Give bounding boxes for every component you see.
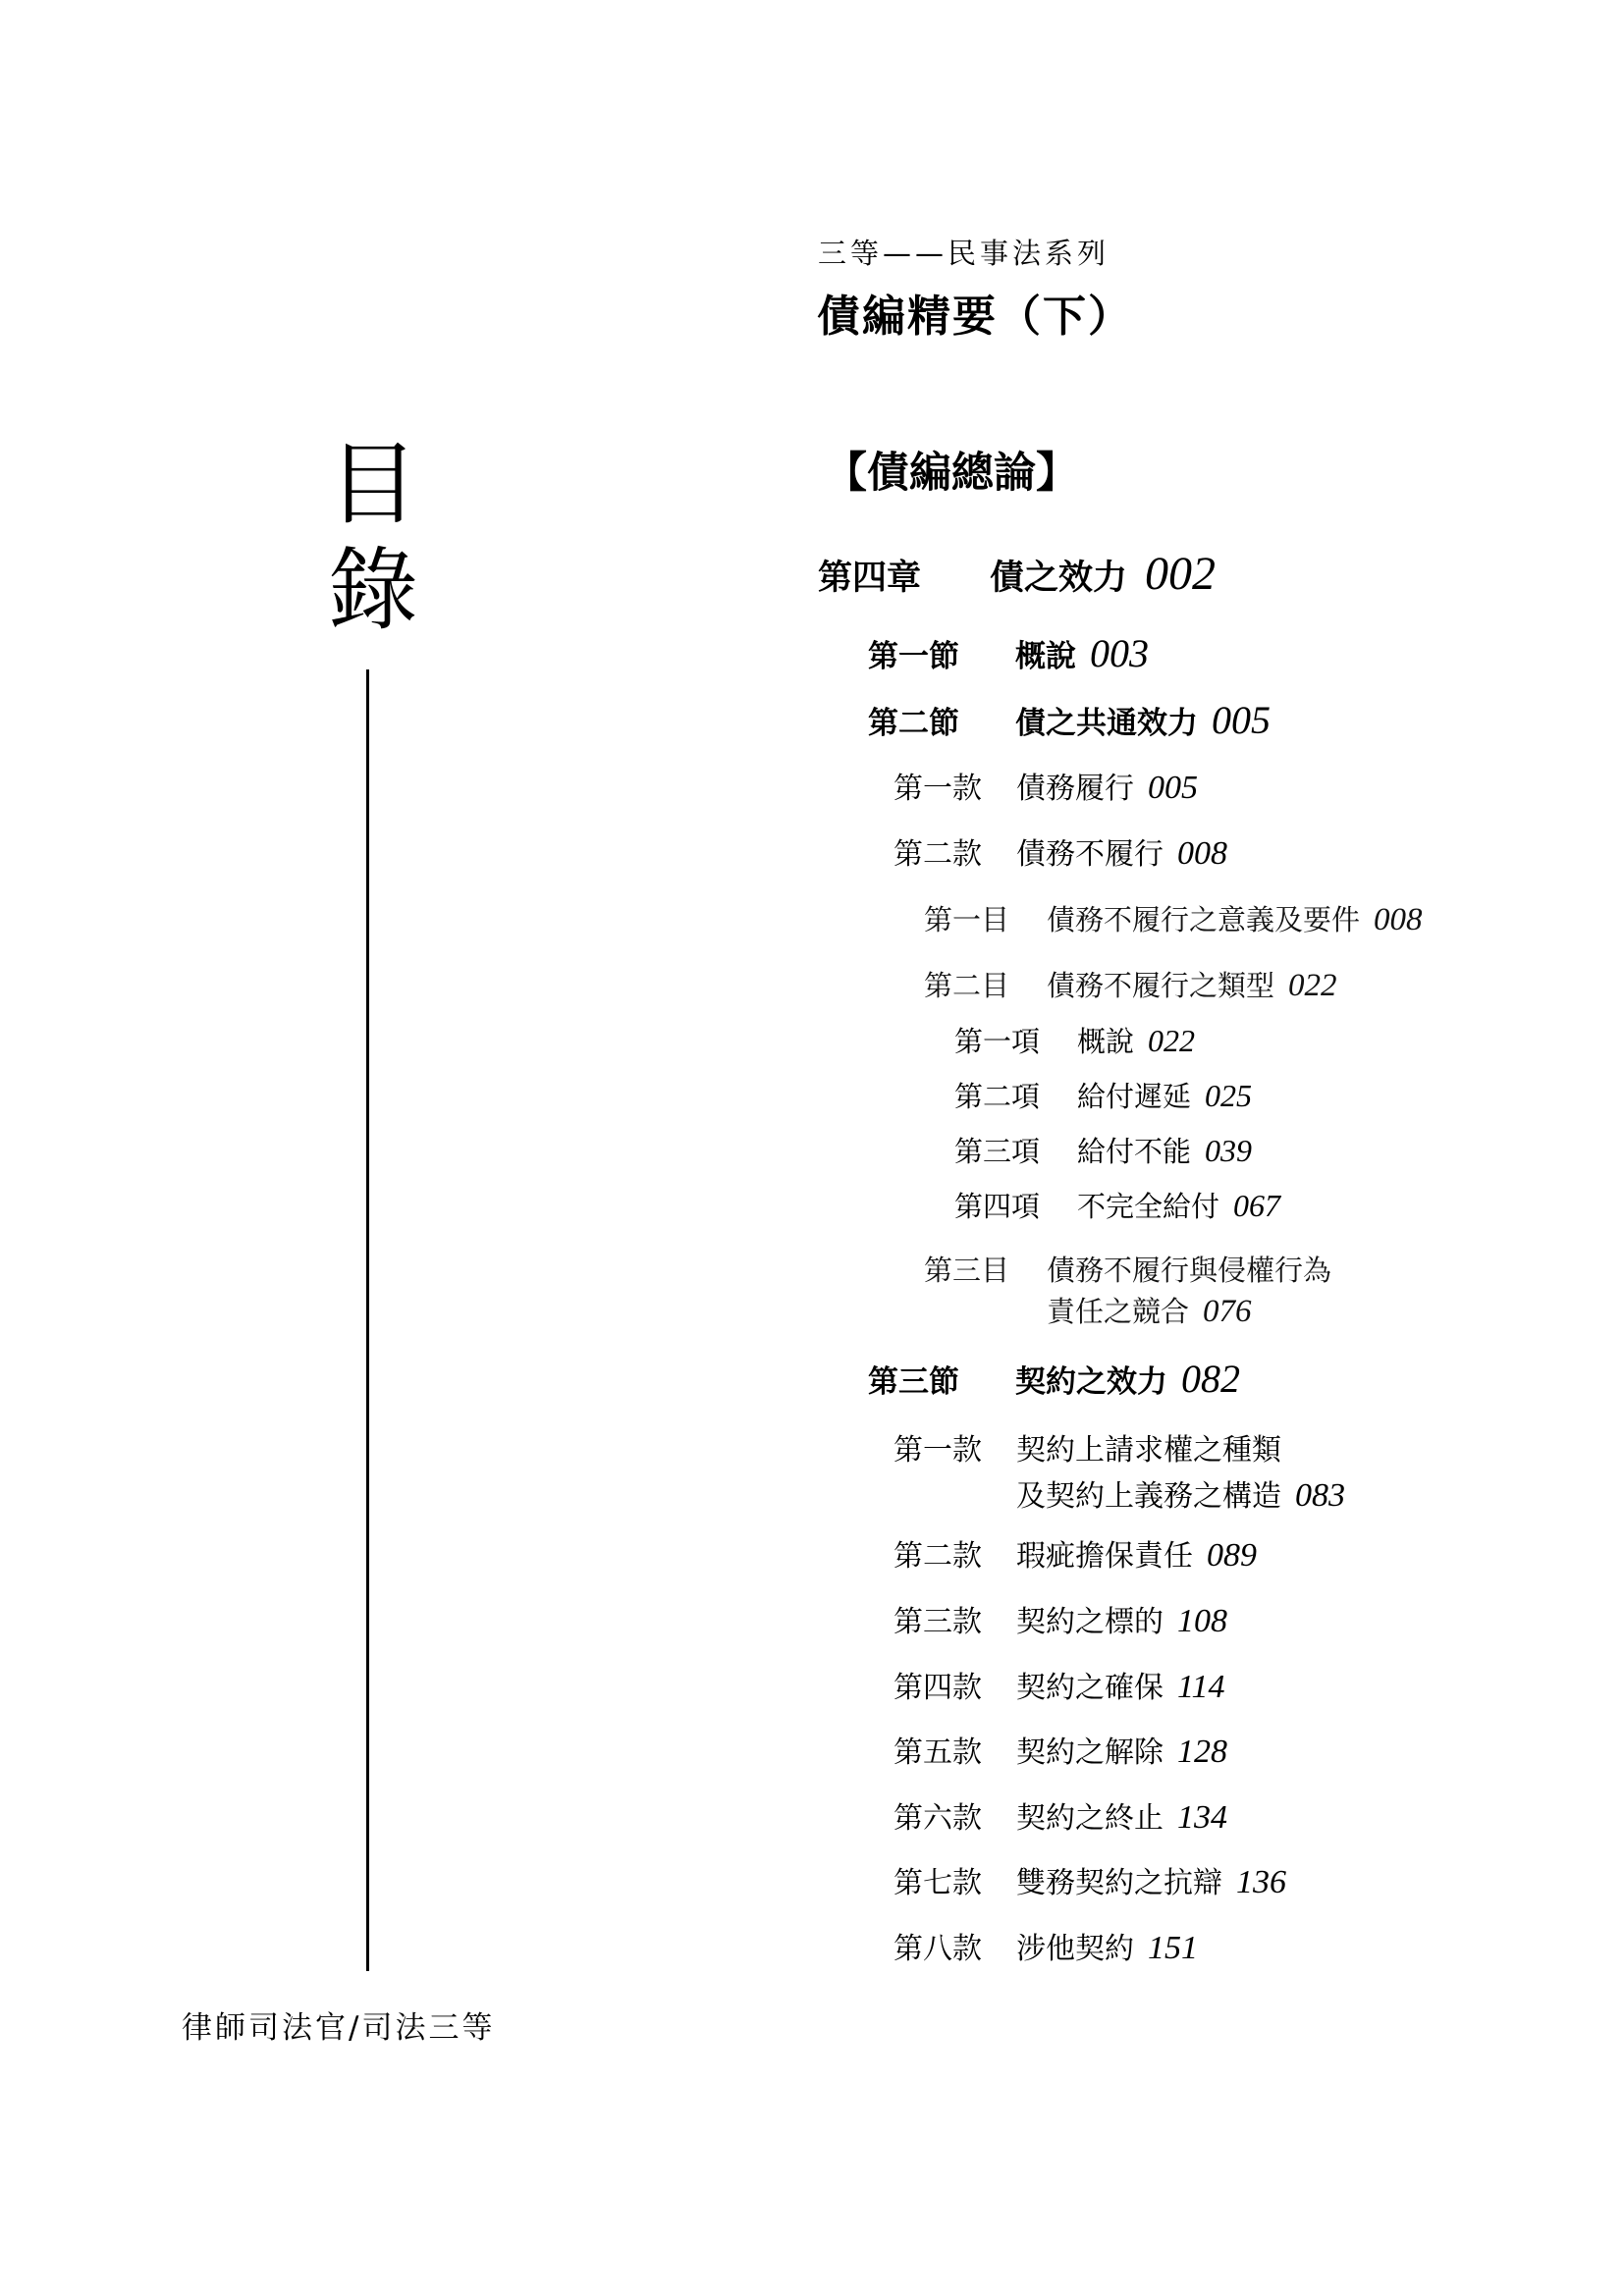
contents-heading-char-2: 錄	[324, 538, 422, 644]
toc-page-number: 076	[1203, 1294, 1252, 1329]
toc-title: 契約之解除	[1016, 1734, 1164, 1773]
toc-page-number: 067	[1233, 1188, 1280, 1223]
toc-title: 涉他契約	[1016, 1930, 1134, 1969]
toc-title: 雙務契約之抗辯	[1016, 1864, 1222, 1903]
book-title: 債編精要（下）	[817, 281, 1133, 344]
toc-page-number: 128	[1177, 1734, 1227, 1770]
toc-entry-article-3-6[interactable]: 第六款契約之終止134	[893, 1798, 1227, 1839]
toc-page-number: 005	[1212, 698, 1271, 742]
toc-entry-sub-2[interactable]: 第二項給付遲延025	[954, 1076, 1252, 1116]
toc-entry-item-2[interactable]: 第二目債務不履行之類型022	[924, 966, 1337, 1005]
toc-page-number: 008	[1177, 835, 1227, 872]
toc-entry-chapter-4[interactable]: 第四章債之效力002	[818, 555, 1216, 598]
vertical-divider	[366, 669, 369, 1971]
toc-page-number: 005	[1148, 770, 1198, 806]
contents-heading-char-1: 目	[324, 432, 422, 538]
toc-page-number: 003	[1090, 631, 1149, 675]
toc-entry-sub-1[interactable]: 第一項概說022	[954, 1021, 1195, 1061]
toc-entry-article-1[interactable]: 第一款債務履行005	[893, 769, 1198, 809]
toc-entry-section-1[interactable]: 第一節概說003	[868, 634, 1149, 676]
toc-page-number: 083	[1295, 1477, 1345, 1514]
toc-title: 契約之終止	[1016, 1799, 1164, 1839]
toc-title: 給付遲延	[1077, 1077, 1191, 1116]
toc-title-continued: 及契約上義務之構造	[1016, 1477, 1281, 1517]
toc-page-number: 089	[1207, 1537, 1257, 1574]
exam-category-label: 律師司法官/司法三等	[182, 2002, 495, 2047]
toc-title: 契約上請求權之種類	[1016, 1431, 1281, 1470]
toc-title-continued: 責任之競合	[1047, 1292, 1189, 1331]
toc-label: 第四項	[954, 1187, 1077, 1226]
toc-label: 第三節	[868, 1362, 1015, 1402]
toc-entry-article-3-3[interactable]: 第三款契約之標的108	[893, 1602, 1227, 1642]
toc-title: 債務履行	[1016, 770, 1134, 809]
toc-label: 第七款	[893, 1864, 1016, 1903]
toc-title: 債務不履行之意義及要件	[1047, 900, 1360, 939]
toc-entry-section-3[interactable]: 第三節契約之效力082	[868, 1360, 1240, 1402]
part-title: 【債編總論】	[825, 440, 1078, 500]
toc-label: 第一目	[924, 900, 1047, 939]
toc-label: 第一節	[868, 637, 1015, 676]
toc-page-number: 114	[1177, 1669, 1224, 1705]
toc-label: 第八款	[893, 1930, 1016, 1969]
series-name: 三等——民事法系列	[818, 232, 1110, 272]
toc-title: 給付不能	[1077, 1132, 1191, 1171]
toc-label: 第三項	[954, 1132, 1077, 1171]
toc-page-number: 108	[1177, 1603, 1227, 1639]
toc-entry-item-1[interactable]: 第一目債務不履行之意義及要件008	[924, 900, 1423, 939]
toc-entry-article-3-7[interactable]: 第七款雙務契約之抗辯136	[893, 1863, 1286, 1903]
toc-entry-article-3-5[interactable]: 第五款契約之解除128	[893, 1733, 1227, 1773]
toc-entry-section-2[interactable]: 第二節債之共通效力005	[868, 701, 1271, 743]
toc-label: 第六款	[893, 1799, 1016, 1839]
toc-label: 第一項	[954, 1022, 1077, 1061]
toc-page-number: 082	[1181, 1357, 1240, 1401]
toc-entry-article-3-4[interactable]: 第四款契約之確保114	[893, 1668, 1224, 1708]
toc-title: 契約之標的	[1016, 1603, 1164, 1642]
toc-label: 第二項	[954, 1077, 1077, 1116]
toc-title: 契約之效力	[1015, 1362, 1167, 1402]
toc-title: 債務不履行與侵權行為	[1047, 1251, 1331, 1290]
toc-label: 第三款	[893, 1603, 1016, 1642]
toc-title: 不完全給付	[1077, 1187, 1219, 1226]
toc-entry-article-2[interactable]: 第二款債務不履行008	[893, 834, 1227, 875]
toc-entry-sub-4[interactable]: 第四項不完全給付067	[954, 1186, 1280, 1226]
contents-heading: 目 錄	[324, 432, 422, 644]
toc-label: 第二節	[868, 704, 1015, 743]
toc-page-number: 039	[1205, 1133, 1252, 1168]
toc-page-number: 022	[1148, 1023, 1195, 1058]
toc-title: 契約之確保	[1016, 1669, 1164, 1708]
toc-title: 債務不履行之類型	[1047, 966, 1274, 1005]
toc-label: 第二目	[924, 966, 1047, 1005]
toc-entry-sub-3[interactable]: 第三項給付不能039	[954, 1131, 1252, 1171]
toc-title: 債之效力	[990, 559, 1127, 598]
toc-entry-article-3-2[interactable]: 第二款瑕疵擔保責任089	[893, 1536, 1257, 1576]
toc-label: 第五款	[893, 1734, 1016, 1773]
toc-entry-article-3-8[interactable]: 第八款涉他契約151	[893, 1929, 1198, 1969]
toc-label: 第一款	[893, 1431, 1016, 1470]
toc-entry-article-3-1[interactable]: 第一款契約上請求權之種類 及契約上義務之構造083	[893, 1431, 1345, 1517]
toc-page-number: 136	[1236, 1864, 1286, 1900]
toc-page-number: 025	[1205, 1078, 1252, 1113]
toc-label: 第四款	[893, 1669, 1016, 1708]
toc-page-number: 002	[1145, 548, 1216, 600]
toc-entry-item-3[interactable]: 第三目債務不履行與侵權行為 責任之競合076	[924, 1251, 1331, 1331]
toc-page-number: 022	[1288, 968, 1337, 1003]
toc-label: 第二款	[893, 835, 1016, 875]
toc-label: 第二款	[893, 1537, 1016, 1576]
toc-page-number: 151	[1148, 1930, 1198, 1966]
toc-page-number: 008	[1374, 902, 1423, 937]
toc-label: 第四章	[818, 559, 990, 598]
toc-label: 第三目	[924, 1251, 1047, 1290]
toc-page-number: 134	[1177, 1799, 1227, 1836]
toc-title: 概說	[1077, 1022, 1134, 1061]
toc-title: 概說	[1015, 637, 1076, 676]
toc-title: 債務不履行	[1016, 835, 1164, 875]
toc-title: 瑕疵擔保責任	[1016, 1537, 1193, 1576]
toc-title: 債之共通效力	[1015, 704, 1198, 743]
toc-label: 第一款	[893, 770, 1016, 809]
